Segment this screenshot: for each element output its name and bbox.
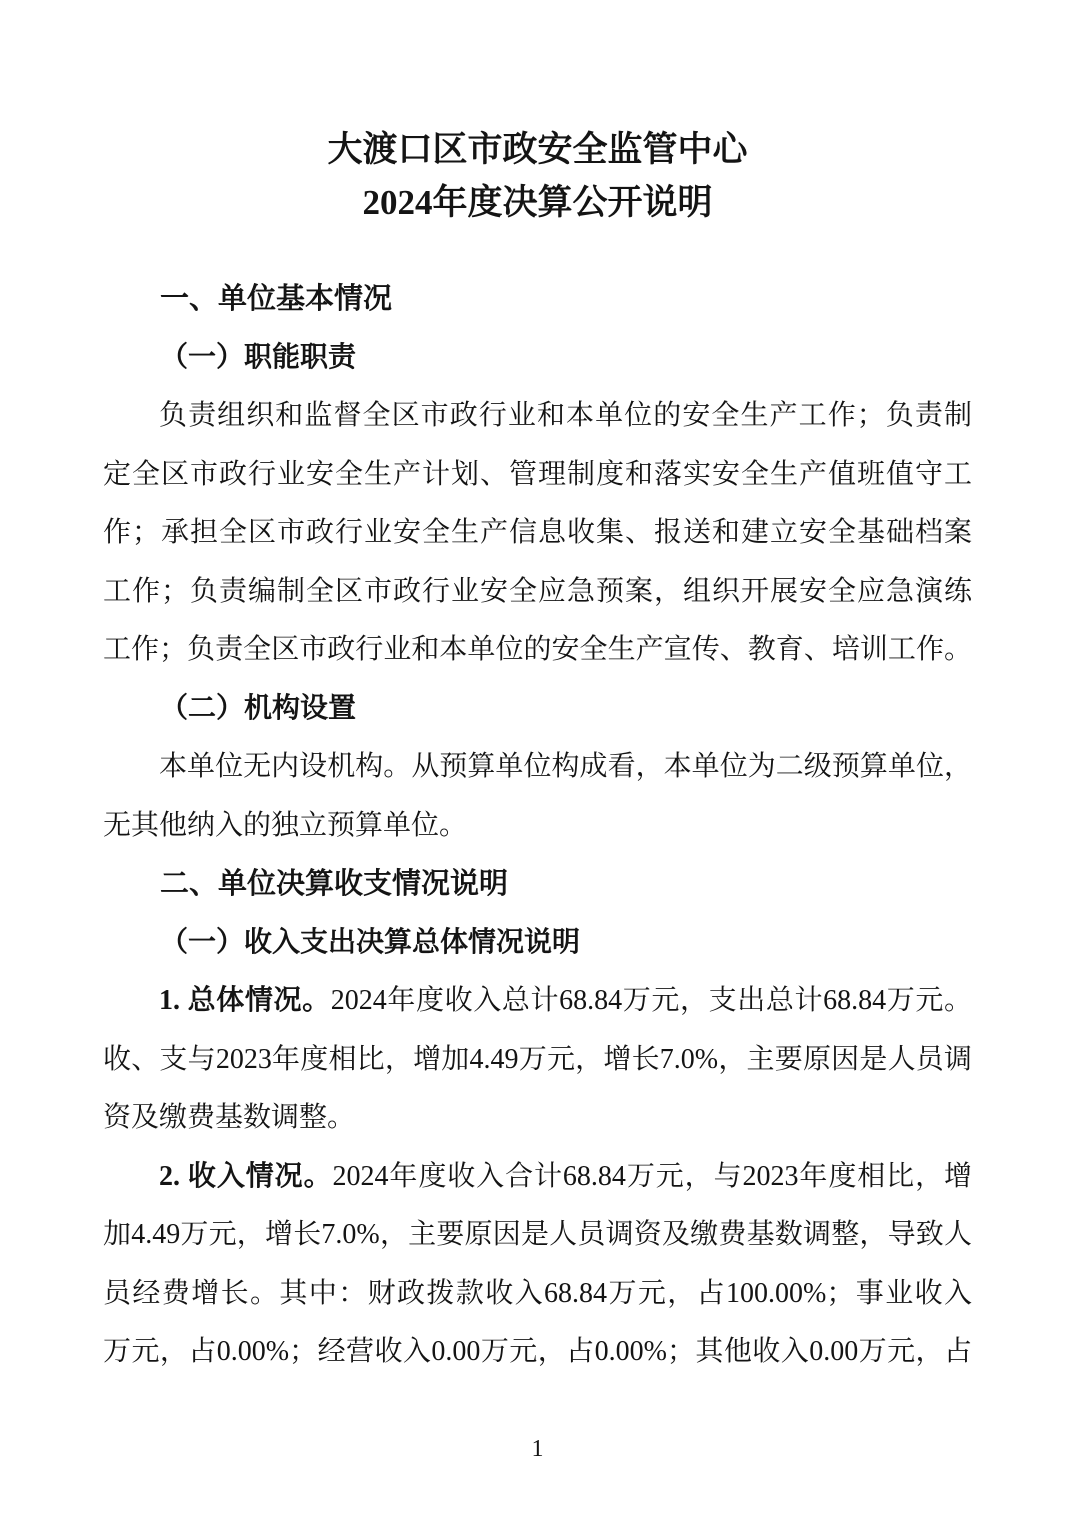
section-heading-basic-info: 一、单位基本情况 bbox=[103, 270, 972, 329]
line-text: 工作；负责全区市政行业和本单位的安全生产宣传、教育、培训工作。 bbox=[103, 634, 972, 665]
section-heading-budget: 二、单位决算收支情况说明 bbox=[103, 855, 972, 914]
text-line: 负责组织和监督全区市政行业和本单位的安全生产工作；负责制 bbox=[103, 387, 972, 446]
text-line: 加4.49万元，增长7.0%，主要原因是人员调资及缴费基数调整，导致人 bbox=[103, 1206, 972, 1265]
line-text: 万元，占0.00%；经营收入0.00万元，占0.00%；其他收入0.00万元，占 bbox=[103, 1336, 972, 1367]
paragraph-duties: 负责组织和监督全区市政行业和本单位的安全生产工作；负责制定全区市政行业安全生产计… bbox=[103, 387, 972, 680]
line-text: 无其他纳入的独立预算单位。 bbox=[103, 810, 467, 841]
line-text: 2024年度收入合计68.84万元，与2023年度相比，增 bbox=[333, 1161, 972, 1192]
bold-lead-text: 2. 收入情况。 bbox=[159, 1161, 333, 1192]
text-line: 万元，占0.00%；经营收入0.00万元，占0.00%；其他收入0.00万元，占 bbox=[103, 1323, 972, 1382]
line-text: 2024年度收入总计68.84万元，支出总计68.84万元。 bbox=[331, 985, 972, 1016]
document-body: 大渡口区市政安全监管中心 2024年度决算公开说明 一、单位基本情况 （一）职能… bbox=[103, 0, 972, 1382]
paragraph-organization: 本单位无内设机构。从预算单位构成看，本单位为二级预算单位，无其他纳入的独立预算单… bbox=[103, 738, 972, 855]
line-text: 作；承担全区市政行业安全生产信息收集、报送和建立安全基础档案 bbox=[103, 517, 972, 548]
document-title-line1: 大渡口区市政安全监管中心 bbox=[103, 123, 972, 176]
line-text: 资及缴费基数调整。 bbox=[103, 1102, 355, 1133]
text-line: 作；承担全区市政行业安全生产信息收集、报送和建立安全基础档案 bbox=[103, 504, 972, 563]
line-text: 工作；负责编制全区市政行业安全应急预案，组织开展安全应急演练 bbox=[103, 576, 972, 607]
page-number: 1 bbox=[0, 1434, 1075, 1464]
line-text: 收、支与2023年度相比，增加4.49万元，增长7.0%，主要原因是人员调 bbox=[103, 1044, 972, 1075]
line-text: 员经费增长。其中：财政拨款收入68.84万元，占100.00%；事业收入0.00 bbox=[103, 1278, 972, 1324]
subsection-heading-duties: （一）职能职责 bbox=[103, 329, 972, 388]
paragraph-income-situation: 2. 收入情况。2024年度收入合计68.84万元，与2023年度相比，增加4.… bbox=[103, 1148, 972, 1382]
text-line: 资及缴费基数调整。 bbox=[103, 1089, 972, 1148]
text-line: 工作；负责全区市政行业和本单位的安全生产宣传、教育、培训工作。 bbox=[103, 621, 972, 680]
text-line: 定全区市政行业安全生产计划、管理制度和落实安全生产值班值守工 bbox=[103, 446, 972, 505]
bold-lead-text: 1. 总体情况。 bbox=[159, 985, 331, 1016]
line-text: 加4.49万元，增长7.0%，主要原因是人员调资及缴费基数调整，导致人 bbox=[103, 1219, 972, 1250]
line-text: 本单位无内设机构。从预算单位构成看，本单位为二级预算单位， bbox=[159, 751, 972, 782]
text-line: 收、支与2023年度相比，增加4.49万元，增长7.0%，主要原因是人员调 bbox=[103, 1031, 972, 1090]
text-line: 2. 收入情况。2024年度收入合计68.84万元，与2023年度相比，增 bbox=[103, 1148, 972, 1207]
text-line: 本单位无内设机构。从预算单位构成看，本单位为二级预算单位， bbox=[103, 738, 972, 797]
line-text: 负责组织和监督全区市政行业和本单位的安全生产工作；负责制 bbox=[159, 400, 972, 431]
line-text: 定全区市政行业安全生产计划、管理制度和落实安全生产值班值守工 bbox=[103, 459, 972, 490]
subsection-heading-overview: （一）收入支出决算总体情况说明 bbox=[103, 914, 972, 973]
text-line: 无其他纳入的独立预算单位。 bbox=[103, 797, 972, 856]
text-line: 工作；负责编制全区市政行业安全应急预案，组织开展安全应急演练 bbox=[103, 563, 972, 622]
paragraph-total-situation: 1. 总体情况。2024年度收入总计68.84万元，支出总计68.84万元。收、… bbox=[103, 972, 972, 1148]
document-title-line2: 2024年度决算公开说明 bbox=[103, 176, 972, 229]
text-line: 1. 总体情况。2024年度收入总计68.84万元，支出总计68.84万元。 bbox=[103, 972, 972, 1031]
subsection-heading-organization: （二）机构设置 bbox=[103, 680, 972, 739]
text-line: 员经费增长。其中：财政拨款收入68.84万元，占100.00%；事业收入0.00 bbox=[103, 1265, 972, 1324]
document-page: 大渡口区市政安全监管中心 2024年度决算公开说明 一、单位基本情况 （一）职能… bbox=[0, 0, 1075, 1520]
